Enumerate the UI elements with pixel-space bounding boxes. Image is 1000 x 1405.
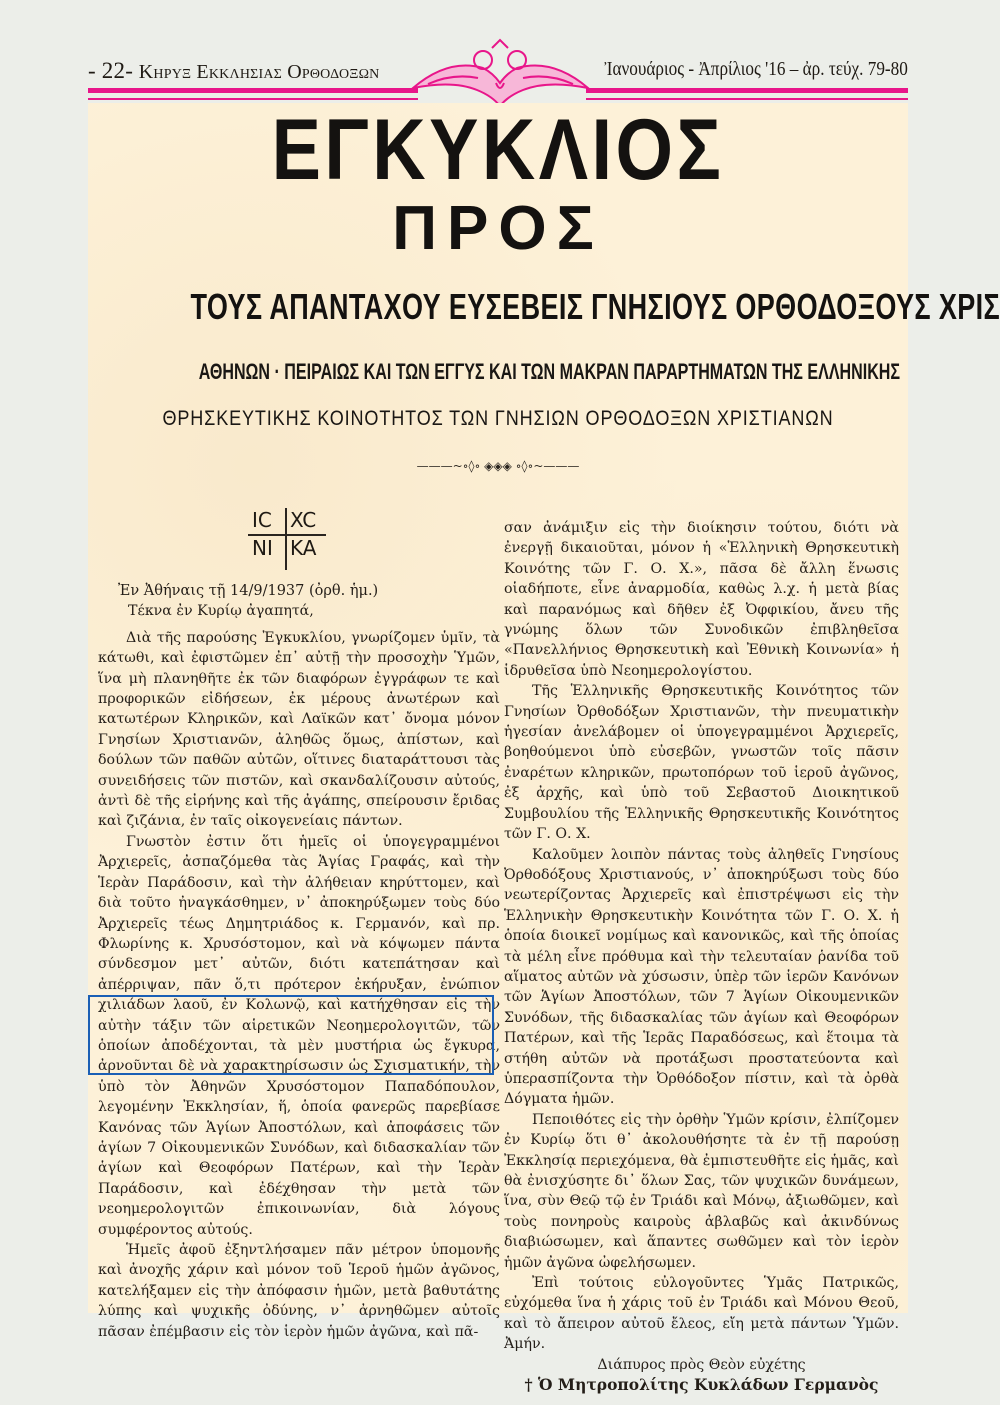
ornamental-divider: ———~∘◊∘ ◈◈◈ ∘◊∘~——— [88, 459, 908, 473]
addressee-heading: ΤΟΥΣ ΑΠΑΝΤΑΧΟΥ ΕΥΣΕΒΕΙΣ ΓΝΗΣΙΟΥΣ ΟΡΘΟΔΟΞ… [191, 289, 806, 325]
header-rule-thin-right [586, 98, 908, 100]
paragraph: σαν ἀνάμιξιν εἰς τὴν διοίκησιν τούτου, δ… [504, 518, 899, 681]
paragraph: Διὰ τῆς παρούσης Ἐγκυκλίου, γνωρίζομεν ὑ… [98, 628, 500, 832]
double-headed-eagle-icon [408, 38, 593, 108]
ic-xc-nika-monogram: IC XC NI KA [248, 508, 326, 568]
monogram-ic: IC [252, 510, 272, 530]
signature: † Ὁ Μητροπολίτης Κυκλάδων Γερμανὸς [504, 1375, 899, 1395]
article-title: ΕΓΚΥΚΛΙΟΣ [145, 107, 850, 193]
cross-vertical [285, 508, 287, 570]
header-rule-left [88, 88, 418, 93]
page-number: - 22- [88, 58, 133, 83]
monogram-ka: KA [290, 538, 316, 558]
header-left: - 22- Κηρυξ Εκκλησιας Ορθοδοξων [88, 58, 379, 84]
monogram-ni: NI [252, 538, 273, 558]
greeting: Τέκνα ἐν Κυρίῳ ἀγαπητά, [98, 601, 500, 621]
article-scan: ΕΓΚΥΚΛΙΟΣ ΠΡΟΣ ΤΟΥΣ ΑΠΑΝΤΑΧΟΥ ΕΥΣΕΒΕΙΣ Γ… [88, 103, 908, 1313]
issue-info: Ἰανουάριος - Ἀπρίλιος '16 – ἀρ. τεύχ. 79… [605, 58, 908, 81]
dateline: Ἐν Ἀθήναις τῇ 14/9/1937 (ὀρθ. ἡμ.) [98, 581, 500, 601]
monogram-xc: XC [290, 510, 316, 530]
article-subtitle: ΠΡΟΣ [88, 198, 908, 260]
closing-line: Διάπυρος πρὸς Θεὸν εὐχέτης [504, 1355, 899, 1375]
highlight-box [88, 995, 494, 1075]
right-column: σαν ἀνάμιξιν εἰς τὴν διοίκησιν τούτου, δ… [504, 518, 899, 1395]
header-rule-thin-left [88, 98, 418, 100]
publication-name: Κηρυξ Εκκλησιας Ορθοδοξων [139, 61, 380, 83]
header-rule-right [586, 88, 908, 93]
paragraph: Ἡμεῖς ἀφοῦ ἐξηντλήσαμεν πᾶν μέτρον ὑπομο… [98, 1240, 500, 1342]
page-header: - 22- Κηρυξ Εκκλησιας Ορθοδοξων Ἰανουάρι… [88, 52, 908, 100]
paragraph: Καλοῦμεν λοιπὸν πάντας τοὺς ἀληθεῖς Γνησ… [504, 845, 899, 1110]
left-column: Ἐν Ἀθήναις τῇ 14/9/1937 (ὀρθ. ἡμ.) Τέκνα… [98, 581, 500, 1342]
paragraph: Τῆς Ἑλληνικῆς Θρησκευτικῆς Κοινότητος τῶ… [504, 681, 899, 844]
addressee-line-3: ΘΡΗΣΚΕΥΤΙΚΗΣ ΚΟΙΝΟΤΗΤΟΣ ΤΩΝ ΓΝΗΣΙΩΝ ΟΡΘΟ… [145, 408, 850, 429]
addressee-line-2: ΑΘΗΝΩΝ · ΠΕΙΡΑΙΩΣ ΚΑΙ ΤΩΝ ΕΓΓΥΣ ΚΑΙ ΤΩΝ … [199, 361, 798, 383]
paragraph: Πεποιθότες εἰς τὴν ὀρθὴν Ὑμῶν κρίσιν, ἐλ… [504, 1110, 899, 1273]
paragraph: Ἐπὶ τούτοις εὐλογοῦντες Ὑμᾶς Πατρικῶς, ε… [504, 1273, 899, 1355]
